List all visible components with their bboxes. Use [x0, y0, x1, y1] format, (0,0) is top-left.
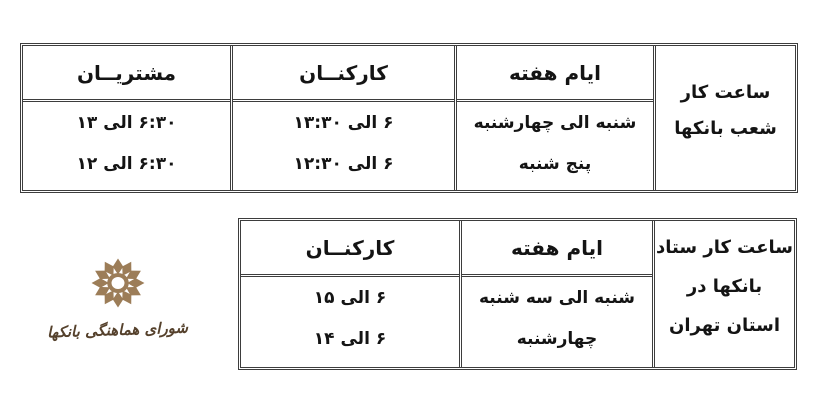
- customers-hours-cell: ۶:۳۰ الی ۱۳: [23, 102, 230, 143]
- banks-coordination-council-logo: شورای هماهنگی بانکها: [40, 258, 195, 339]
- days-column-data: شنبه الی سه شنبه چهارشنبه: [462, 277, 652, 367]
- side-label-line: ساعت کار ستاد: [656, 228, 793, 267]
- side-label-line: شعب بانکها: [674, 111, 777, 147]
- days-column-header: ایام هفته: [462, 221, 652, 277]
- customers-column-header: مشتریــان: [23, 46, 230, 102]
- customers-column-data: ۶:۳۰ الی ۱۳ ۶:۳۰ الی ۱۲: [23, 102, 230, 190]
- logo-calligraphy-text: شورای هماهنگی بانکها: [40, 318, 196, 341]
- days-column-header: ایام هفته: [457, 46, 653, 102]
- branches-days-column: ایام هفته شنبه الی چهارشنبه پنج شنبه: [457, 46, 656, 190]
- page: ساعت کار شعب بانکها ایام هفته شنبه الی چ…: [0, 0, 827, 403]
- staff-hours-cell: ۶ الی ۱۲:۳۰: [233, 143, 454, 184]
- side-label-line: ساعت کار: [681, 75, 771, 111]
- staff-hours-cell: ۶ الی ۱۵: [241, 277, 459, 318]
- days-column-data: شنبه الی چهارشنبه پنج شنبه: [457, 102, 653, 190]
- days-cell: چهارشنبه: [462, 318, 652, 359]
- days-cell: شنبه الی چهارشنبه: [457, 102, 653, 143]
- geometric-rosette-emblem-icon: [91, 258, 145, 308]
- customers-hours-cell: ۶:۳۰ الی ۱۲: [23, 143, 230, 184]
- branches-hours-table: ساعت کار شعب بانکها ایام هفته شنبه الی چ…: [20, 43, 798, 193]
- side-label-line: بانکها در: [687, 267, 762, 306]
- branches-staff-column: کارکنــان ۶ الی ۱۳:۳۰ ۶ الی ۱۲:۳۰: [233, 46, 457, 190]
- staff-column-header: کارکنــان: [233, 46, 454, 102]
- days-cell: شنبه الی سه شنبه: [462, 277, 652, 318]
- hq-table-side-label: ساعت کار ستاد بانکها در استان تهران: [655, 221, 794, 367]
- hq-staff-column: کارکنــان ۶ الی ۱۵ ۶ الی ۱۴: [241, 221, 462, 367]
- hq-hours-table: ساعت کار ستاد بانکها در استان تهران ایام…: [238, 218, 797, 370]
- days-cell: پنج شنبه: [457, 143, 653, 184]
- branches-table-side-label: ساعت کار شعب بانکها: [656, 46, 795, 190]
- side-label-line: استان تهران: [669, 306, 780, 345]
- staff-hours-cell: ۶ الی ۱۴: [241, 318, 459, 359]
- staff-column-header: کارکنــان: [241, 221, 459, 277]
- branches-customers-column: مشتریــان ۶:۳۰ الی ۱۳ ۶:۳۰ الی ۱۲: [23, 46, 233, 190]
- hq-days-column: ایام هفته شنبه الی سه شنبه چهارشنبه: [462, 221, 655, 367]
- staff-column-data: ۶ الی ۱۳:۳۰ ۶ الی ۱۲:۳۰: [233, 102, 454, 190]
- staff-column-data: ۶ الی ۱۵ ۶ الی ۱۴: [241, 277, 459, 367]
- staff-hours-cell: ۶ الی ۱۳:۳۰: [233, 102, 454, 143]
